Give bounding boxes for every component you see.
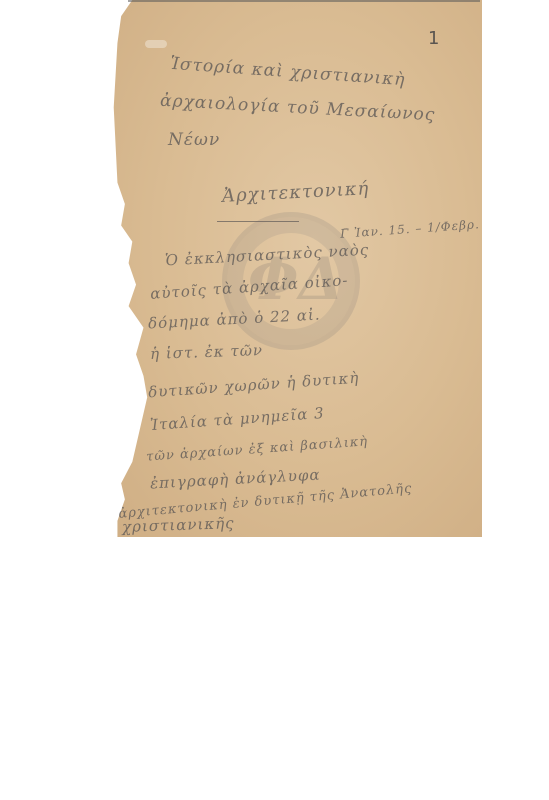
page-number: 1 [428, 28, 439, 49]
title-line-3: Νέων [168, 130, 220, 150]
scan-top-edge [128, 0, 480, 2]
heading-underline [217, 221, 299, 222]
paper-stain [145, 40, 167, 48]
